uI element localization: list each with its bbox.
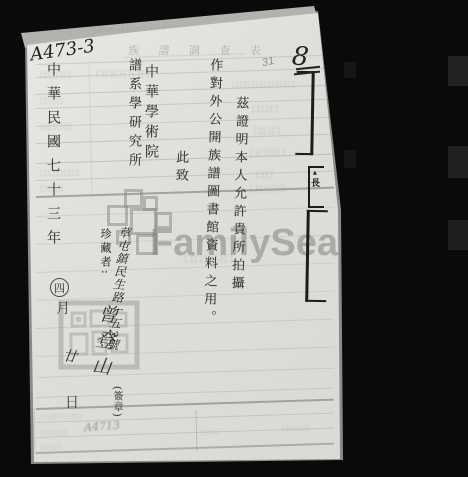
handwritten-month: 四 bbox=[50, 278, 69, 297]
ink-bracket-right bbox=[295, 71, 314, 155]
microfilm-scan-frame: GENEALOGICAL SOCIETY CERTIFICATION SHEET… bbox=[0, 0, 468, 477]
illegible-form-text: 囗囗囗囗 bbox=[250, 148, 286, 159]
letter-line2: 作對外公開族譜圖書館資料之用。 bbox=[198, 58, 224, 328]
illegible-form-label: 囗囗囗囗囗囗 bbox=[40, 412, 82, 421]
rule-line bbox=[36, 388, 334, 398]
rule-line bbox=[36, 134, 334, 144]
film-mark bbox=[344, 150, 356, 168]
rule-line bbox=[36, 117, 334, 127]
film-mark bbox=[448, 56, 468, 86]
rule-line bbox=[36, 99, 334, 109]
left-border-line bbox=[34, 408, 36, 454]
rule-line-strong bbox=[36, 399, 334, 410]
illegible-form-text: 囗囗囗囗囗囗囗囗 bbox=[232, 80, 296, 90]
illegible-handwritten-number: A4713 bbox=[84, 419, 121, 434]
label-column-line bbox=[89, 64, 93, 196]
rule-line bbox=[36, 207, 334, 217]
document-paper: 族 譜 調 查 表 FamilySearch 囗囗囗囗囗囗 囗囗囗囗囗囗囗囗 囗… bbox=[0, 0, 468, 477]
illegible-form-label: 囗囗囗 bbox=[40, 443, 61, 452]
letterhead-org1: 中華學術院 bbox=[141, 64, 161, 164]
film-mark bbox=[344, 62, 356, 78]
pencil-note: 31 bbox=[261, 55, 275, 69]
handwritten-day: 廿 bbox=[62, 345, 79, 367]
film-mark bbox=[448, 146, 468, 178]
day-label: 日 bbox=[65, 392, 79, 412]
rule-line-strong bbox=[36, 187, 334, 198]
rule-line bbox=[36, 68, 334, 78]
familysearch-logo-square bbox=[107, 205, 128, 226]
keeper-label: 珍藏者: bbox=[97, 228, 113, 277]
illegible-form-text: 囗囗囗囗 bbox=[282, 424, 310, 433]
illegible-form-text: 囗囗囗 bbox=[200, 428, 221, 437]
illegible-form-label: 囗囗囗囗 bbox=[40, 428, 68, 437]
illegible-form-text: 囗囗囗 bbox=[254, 126, 281, 137]
letterhead-org2: 譜系學研究所 bbox=[124, 58, 143, 172]
small-stamp-mark: 長 bbox=[311, 176, 320, 189]
rule-line-strong bbox=[36, 443, 334, 454]
illegible-form-text: 囗囗囗囗 bbox=[250, 184, 286, 195]
letter-closing: 此致 bbox=[171, 150, 191, 186]
film-mark bbox=[448, 220, 468, 250]
date-era-column: 中華民國七十三年 bbox=[43, 62, 63, 254]
illegible-form-text: 囗囗 bbox=[256, 170, 274, 181]
month-label: 月 bbox=[56, 298, 70, 318]
illegible-form-text: 囗囗囗 bbox=[252, 104, 279, 115]
signature-seal-label: (簽章) bbox=[109, 386, 124, 418]
ink-bracket-lower bbox=[305, 210, 328, 302]
